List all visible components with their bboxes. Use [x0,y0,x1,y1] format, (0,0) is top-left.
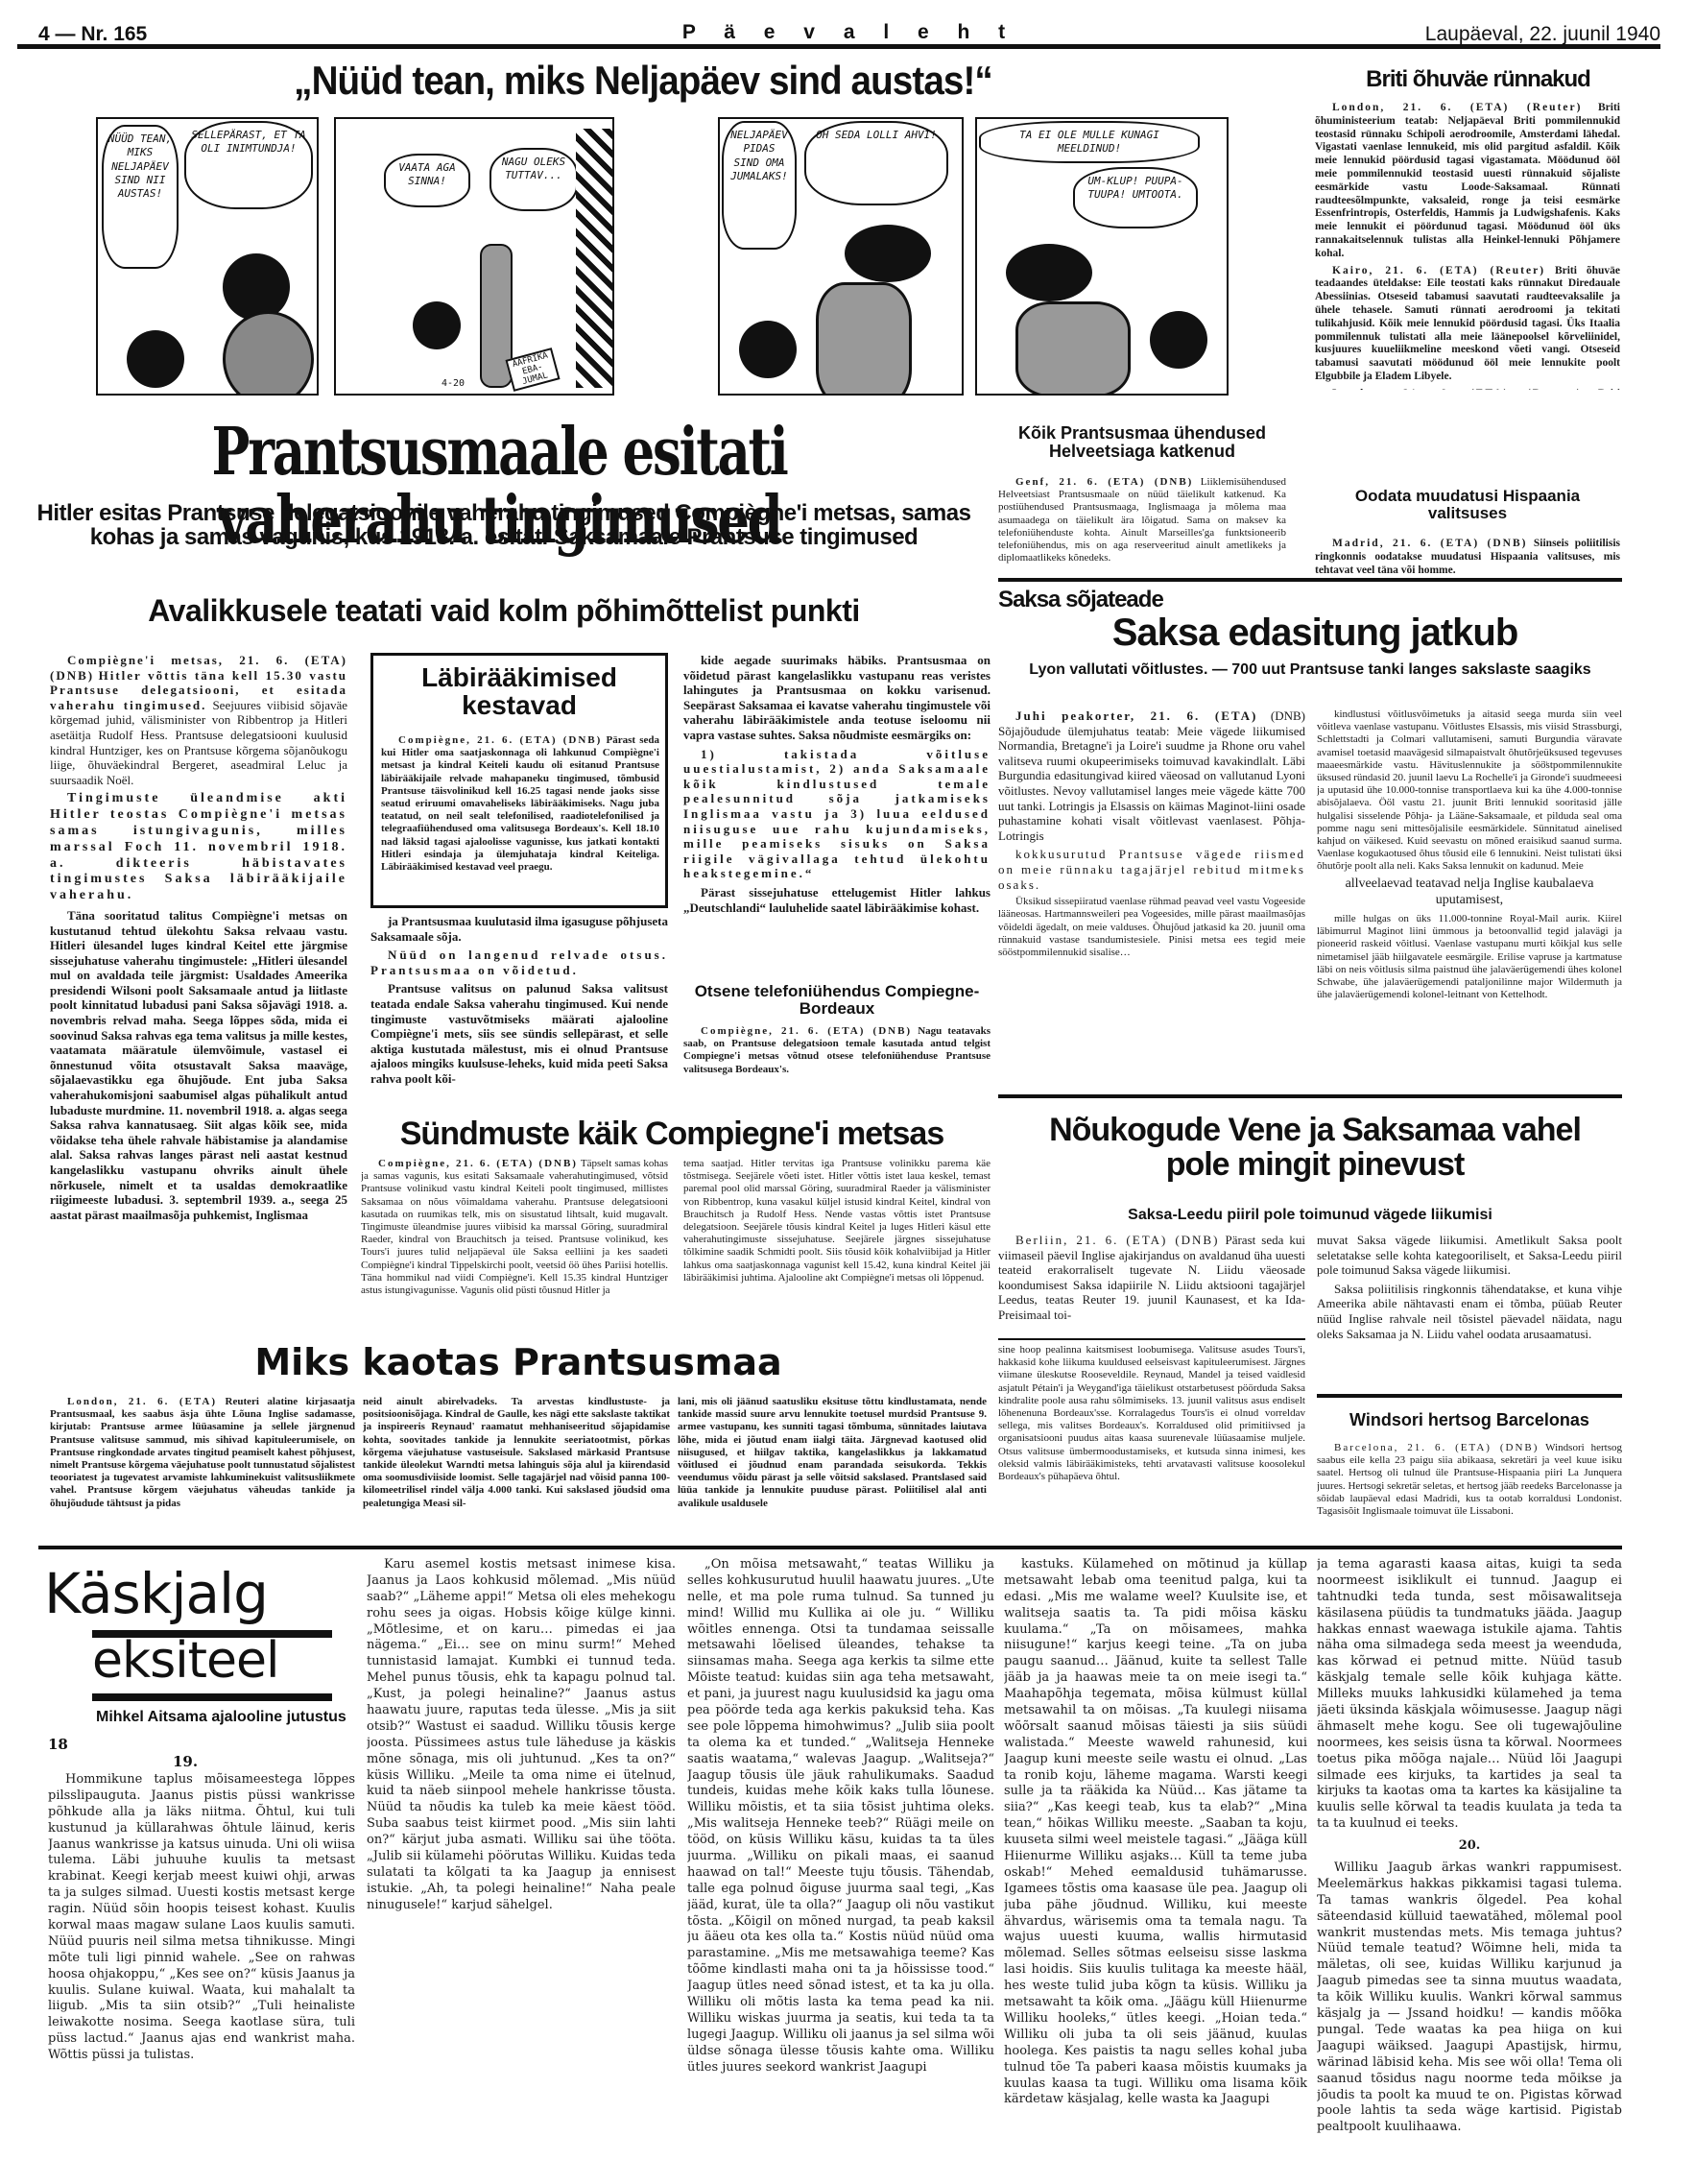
comic-panel-2: VAATA AGA SINNA! NAGU OLEKS TUTTAV... AA… [334,117,614,396]
article-telefon: Compiègne, 21. 6. (ETA) (DNB) Nagu teata… [683,1025,991,1092]
comic-title: „Nüüd tean, miks Neljapäev sind austas!“ [105,60,1182,102]
comic-date-stamp: 4-20 [442,378,465,389]
saksa-subheadline: Lyon vallutati võitlustes. — 700 uut Pra… [998,662,1622,679]
comic-bubble: TA EI OLE MULLE KUNAGI MEELDINUD! [979,121,1200,163]
serial-chapter-2: 20. [1317,1838,1622,1855]
comic-bubble: VAATA AGA SINNA! [384,154,470,207]
main-col-1: Compiègne'i metsas, 21. 6. (ETA) (DNB) H… [50,653,347,1325]
miks-col-3: lani, mis oli jäänud saatusliku eksituse… [678,1396,987,1530]
goofy-figure [845,225,931,282]
serial-col-3: „On mõisa metsawaht,“ teatas Williku ja … [687,1557,994,2175]
headline-telefon: Otsene telefoniühendus Compiegne-Bordeau… [683,983,991,1018]
main-col-3: kide aegade suurimaks häbiks. Prantsusma… [683,653,991,970]
mickey-figure [1150,311,1207,369]
comic-panel-1: NÜÜD TEAN, MIKS NELJAPÄEV SIND NII AUSTA… [96,117,319,396]
divider [38,1546,1622,1549]
saksa-col-1: Juhi peakorter, 21. 6. (ETA) (DNB) Sõjaj… [998,708,1305,1073]
serial-title: Käskjalg eksiteel [44,1561,342,1705]
serial-col-4: kastuks. Külamehed on mõtinud ja küllap … [1004,1557,1307,2175]
newspaper-name: P ä e v a l e h t [38,21,1660,44]
sundmuste-col-1: Compiègne, 21. 6. (ETA) (DNB) Täpselt sa… [361,1158,668,1340]
idol-statue [576,129,614,388]
comic-bubble: SELLEPÄRAST, ET TA OLI INIMTUNDJA! [184,121,313,209]
miks-col-2: neid ainult abirelvadeks. Ta arvestas ki… [363,1396,670,1530]
divider [998,578,1622,582]
headline-helveetsia: Kõik Prantsusmaa ühendused Helveetsiaga … [998,424,1286,461]
miks-col-4: sine hoop pealinna kaitsmisest loobumise… [998,1344,1305,1536]
comic-panel-4: TA EI OLE MULLE KUNAGI MEELDINUD! UM-KLU… [975,117,1229,396]
serial-col-5: ja tema agarasti kaasa aitas, kuigi ta s… [1317,1557,1622,2175]
goofy-body [816,282,912,396]
boxed-text: Compiègne, 21. 6. (ETA) (DNB) Pärast sed… [381,734,659,903]
article-windsor: Barcelona, 21. 6. (ETA) (DNB) Windsori h… [1317,1442,1622,1538]
sundmuste-col-2: tema saatjad. Hitler tervitas iga Prants… [683,1158,991,1340]
saksa-col-2: kindlustusi võitlusvõimetuks ja aitasid … [1317,708,1622,1083]
headline-windsor: Windsori hertsog Barcelonas [1317,1411,1622,1429]
masthead-rule [17,44,1660,49]
goofy-body [1015,301,1131,396]
mickey-figure [739,321,797,378]
divider [998,1338,1305,1340]
boxed-article: Läbirääkimised kestavad Compiègne, 21. 6… [370,653,668,908]
masthead: 4 — Nr. 165 P ä e v a l e h t Laupäeval,… [38,17,1660,56]
divider [998,1094,1622,1098]
article-helveetsia: Genf, 21. 6. (ETA) (DNB) Liiklemisühendu… [998,476,1286,576]
comic-bubble: OH SEDA LOLLI AHVI! [804,121,948,205]
article-hispaania: Madrid, 21. 6. (ETA) (DNB) Siinseis poli… [1315,538,1620,584]
serial-col-2: Karu asemel kostis metsast inimese kisa.… [367,1557,676,2175]
idol-sign: AAFRIKA EBA-JUMAL [505,348,560,392]
serial-title-line-1: Käskjalg [44,1561,268,1626]
saksa-headline: Saksa edasitung jatkub [998,612,1632,653]
headline-noukogude: Nõukogude Vene ja Saksamaa vahel pole mi… [1037,1114,1593,1182]
comic-bubble: NÜÜD TEAN, MIKS NELJAPÄEV SIND NII AUSTA… [102,125,179,269]
serial-byline: Mihkel Aitsama ajalooline jutustus [96,1709,346,1726]
mickey-figure [127,330,184,388]
main-deck: Avalikkusele teatati vaid kolm põhimõtte… [19,595,989,628]
headline-hispaania: Oodata muudatusi Hispaania valitsuses [1315,488,1620,522]
mickey-figure [413,301,461,349]
serial-title-line-2: eksiteel [92,1632,278,1690]
issue-date: Laupäeval, 22. juunil 1940 [1425,23,1660,46]
goofy-body [223,311,314,396]
serial-chapter: 19. [173,1753,198,1770]
headline-briti: Briti õhuväe rünnakud [1315,67,1641,91]
subheadline-noukogude: Saksa-Leedu piiril pole toimunud vägede … [998,1208,1622,1224]
divider [1317,1394,1622,1398]
main-col-2: ja Prantsusmaa kuulutasid ilma igasuguse… [370,914,668,1106]
comic-bubble: UM-KLUP! PUUPA-TUUPA! UMTOOTA. [1073,167,1198,228]
noukogude-col-2: muvat Saksa vägede liikumisi. Ametlikult… [1317,1233,1622,1377]
boxed-headline: Läbirääkimised kestavad [373,663,665,720]
article-briti: London, 21. 6. (ETA) (Reuter) Briti õhum… [1315,102,1620,390]
miks-col-1: London, 21. 6. (ETA) Reuteri alatine kir… [50,1396,355,1530]
goofy-figure [1006,244,1092,301]
serial-col-1: Hommikune taplus mõisameestega lõppes pi… [48,1772,355,2175]
headline-miks: Miks kaotas Prantsusmaa [250,1344,787,1382]
saksa-kicker: Saksa sõjateade [998,588,1190,612]
comic-bubble: NAGU OLEKS TUTTAV... [489,148,578,211]
noukogude-col-1: Berliin, 21. 6. (ETA) (DNB) Pärast seda … [998,1233,1305,1329]
goofy-figure [223,253,290,321]
title-bar [92,1693,332,1701]
comic-panel-3: NELJAPÄEV PIDAS SIND OMA JUMALAKS! OH SE… [718,117,964,396]
serial-installment: 18 [48,1736,68,1753]
comic-bubble: NELJAPÄEV PIDAS SIND OMA JUMALAKS! [722,121,797,250]
headline-sundmuste: Sündmuste käik Compiegne'i metsas [365,1117,979,1152]
main-subheadline: Hitler esitas Prantsuse delegatsioonile … [19,501,989,549]
